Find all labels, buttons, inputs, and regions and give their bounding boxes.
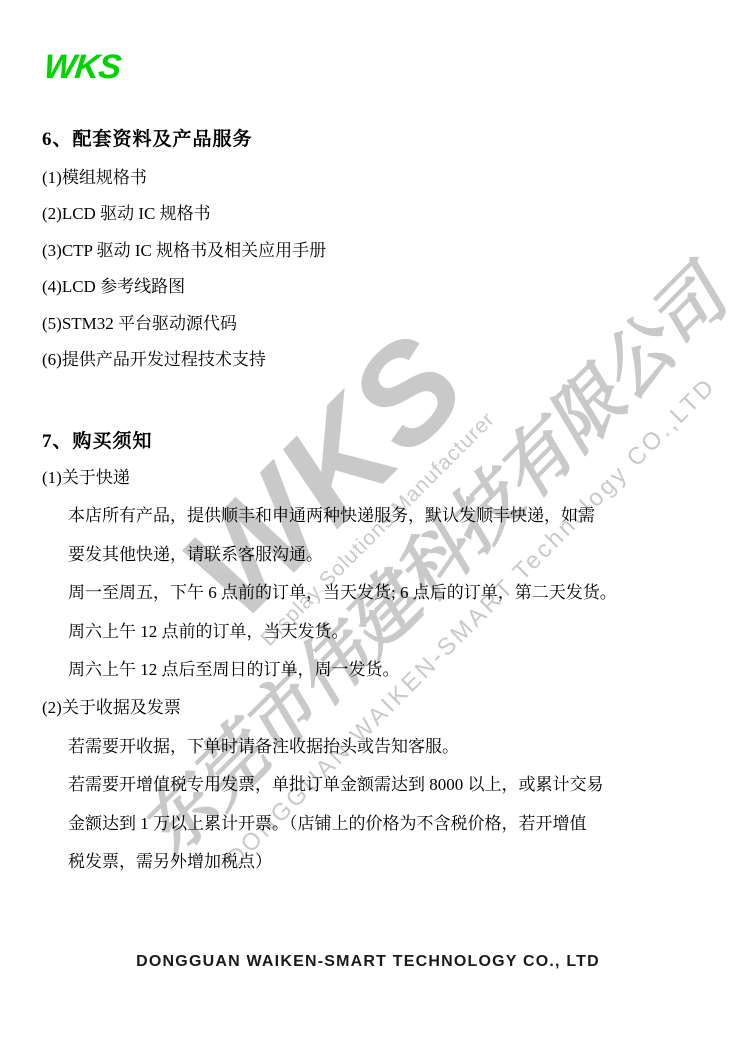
document-page: WKS Display Solutions Manufacturer 东莞市伟建… bbox=[0, 0, 736, 1041]
section-7-line: 周六上午 12 点前的订单，当天发货。 bbox=[68, 613, 712, 651]
section-6-item: (3)CTP 驱动 IC 规格书及相关应用手册 bbox=[42, 233, 326, 269]
section-7-line: 税发票，需另外增加税点） bbox=[68, 843, 712, 881]
section-7-heading: 7、购买须知 bbox=[42, 426, 153, 453]
section-7-line: 若需要开增值税专用发票，单批订单金额需达到 8000 以上，或累计交易 bbox=[68, 766, 712, 804]
section-7-line: 金额达到 1 万以上累计开票。（店铺上的价格为不含税价格，若开增值 bbox=[68, 805, 712, 843]
section-7-line: 周六上午 12 点后至周日的订单，周一发货。 bbox=[68, 651, 712, 689]
section-7-line: (2)关于收据及发票 bbox=[42, 689, 712, 727]
section-7-line: 若需要开收据，下单时请备注收据抬头或告知客服。 bbox=[68, 728, 712, 766]
section-7-body: (1)关于快递 本店所有产品，提供顺丰和申通两种快递服务，默认发顺丰快递，如需 … bbox=[42, 459, 712, 881]
section-6-item: (6)提供产品开发过程技术支持 bbox=[42, 342, 326, 378]
section-7-line: 本店所有产品，提供顺丰和申通两种快递服务，默认发顺丰快递，如需 bbox=[68, 497, 712, 535]
section-7-line: 要发其他快递，请联系客服沟通。 bbox=[68, 536, 712, 574]
section-7-line: 周一至周五，下午 6 点前的订单，当天发货; 6 点后的订单，第二天发货。 bbox=[68, 574, 712, 612]
section-6-item: (5)STM32 平台驱动源代码 bbox=[42, 306, 326, 342]
section-6-heading: 6、配套资料及产品服务 bbox=[42, 124, 253, 151]
section-6-item: (2)LCD 驱动 IC 规格书 bbox=[42, 196, 326, 232]
section-6-item: (1)模组规格书 bbox=[42, 160, 326, 196]
footer-company-name: DONGGUAN WAIKEN-SMART TECHNOLOGY CO., LT… bbox=[0, 953, 736, 971]
section-7-line: (1)关于快递 bbox=[42, 459, 712, 497]
wks-logo: WKS bbox=[42, 50, 122, 84]
section-6-item-list: (1)模组规格书 (2)LCD 驱动 IC 规格书 (3)CTP 驱动 IC 规… bbox=[42, 160, 326, 378]
section-6-item: (4)LCD 参考线路图 bbox=[42, 269, 326, 305]
